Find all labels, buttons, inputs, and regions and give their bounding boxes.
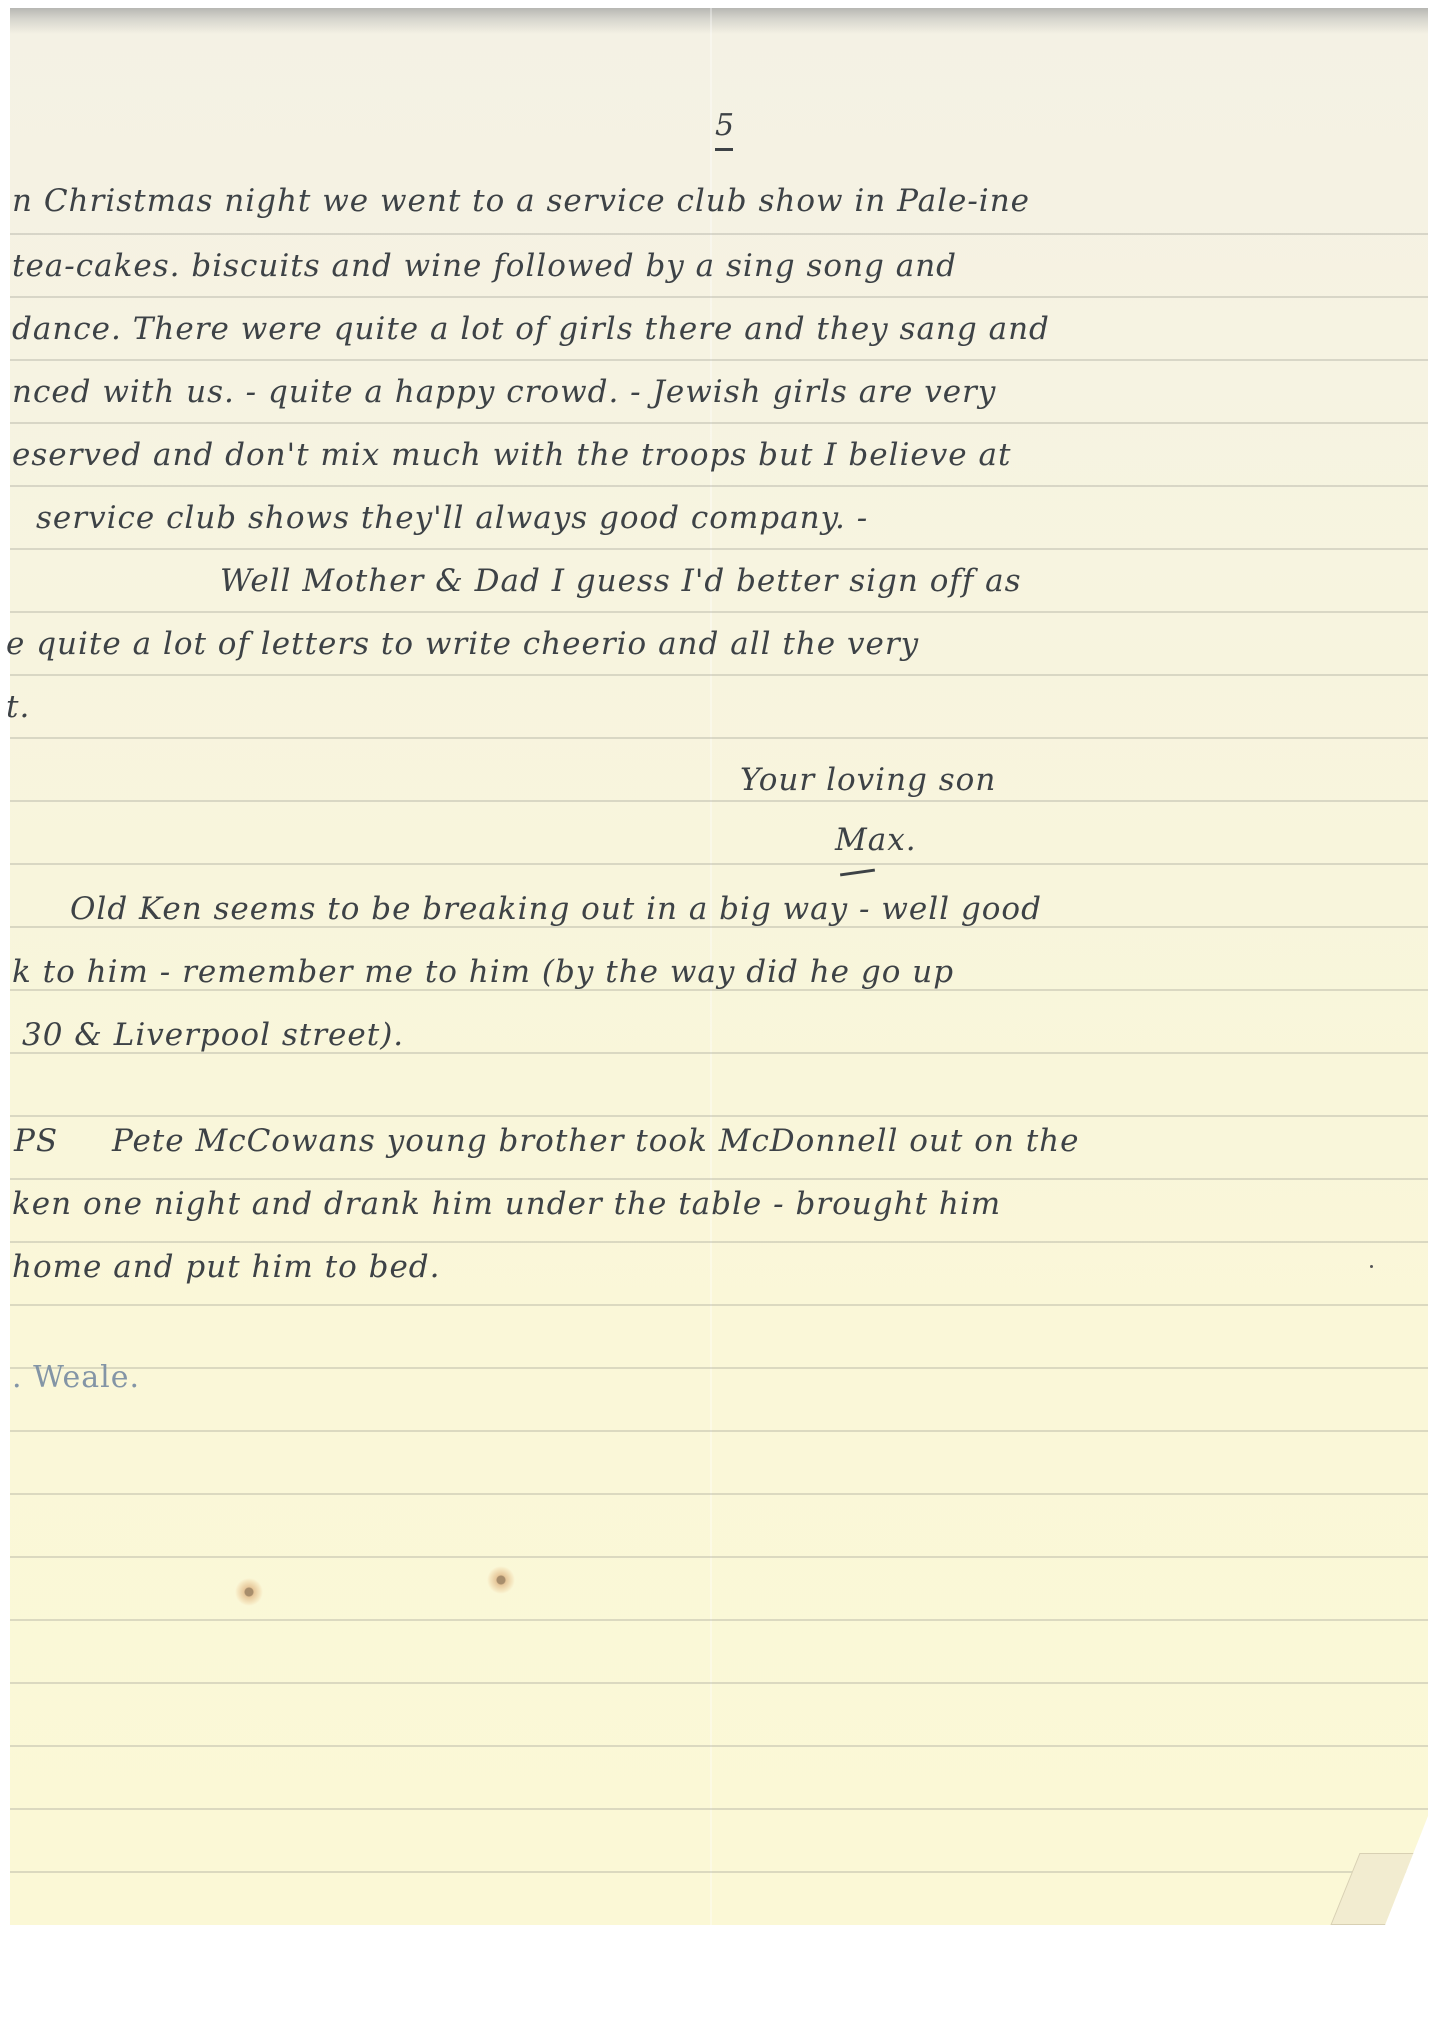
letter-line: eserved and don't mix much with the troo… (12, 437, 1011, 473)
letter-line: tea-cakes. biscuits and wine followed by… (12, 248, 957, 284)
foxing-stain (235, 1578, 263, 1606)
ruled-line (10, 1178, 1428, 1180)
page-number: 5 (715, 108, 734, 143)
page-number-underline (715, 148, 733, 151)
ruled-line (10, 1556, 1428, 1558)
ruled-line (10, 737, 1428, 739)
postscript-line: k to him - remember me to him (by the wa… (12, 954, 954, 990)
postscript-line: home and put him to bed. (12, 1249, 440, 1285)
folded-corner (1330, 1853, 1421, 1925)
signature: Max. (835, 822, 917, 858)
pencil-annotation: . Weale. (12, 1360, 140, 1395)
letter-line: t. (6, 689, 30, 725)
ink-speck (1370, 1265, 1373, 1268)
ruled-line (10, 233, 1428, 235)
letter-line: n Christmas night we went to a service c… (12, 183, 1030, 219)
postscript-line: Pete McCowans young brother took McDonne… (112, 1123, 1079, 1159)
ruled-line (10, 1619, 1428, 1621)
valediction: Your loving son (740, 762, 996, 798)
ruled-line (10, 1493, 1428, 1495)
ruled-line (10, 611, 1428, 613)
letter-line: Well Mother & Dad I guess I'd better sig… (220, 563, 1022, 599)
ruled-line (10, 1745, 1428, 1747)
foxing-stain (487, 1566, 515, 1594)
ruled-line (10, 422, 1428, 424)
ruled-line (10, 674, 1428, 676)
ruled-line (10, 800, 1428, 802)
letter-line: dance. There were quite a lot of girls t… (12, 311, 1050, 347)
ruled-line (10, 485, 1428, 487)
ruled-line (10, 296, 1428, 298)
ruled-line (10, 548, 1428, 550)
ruled-line (10, 1871, 1428, 1873)
letter-line: e quite a lot of letters to write cheeri… (6, 626, 919, 662)
postscript-label: PS (14, 1123, 58, 1159)
ruled-line (10, 1682, 1428, 1684)
ruled-line (10, 1304, 1428, 1306)
ruled-line (10, 1808, 1428, 1810)
ruled-line (10, 1241, 1428, 1243)
ruled-line (10, 1367, 1428, 1369)
letter-line: nced with us. - quite a happy crowd. - J… (12, 374, 996, 410)
postscript-line: Old Ken seems to be breaking out in a bi… (70, 891, 1042, 927)
ruled-line (10, 863, 1428, 865)
postscript-line: 30 & Liverpool street). (22, 1017, 404, 1053)
ruled-line (10, 1430, 1428, 1432)
postscript-line: ken one night and drank him under the ta… (12, 1186, 1001, 1222)
letter-line: service club shows they'll always good c… (36, 500, 868, 536)
ruled-line (10, 1115, 1428, 1117)
ruled-line (10, 359, 1428, 361)
